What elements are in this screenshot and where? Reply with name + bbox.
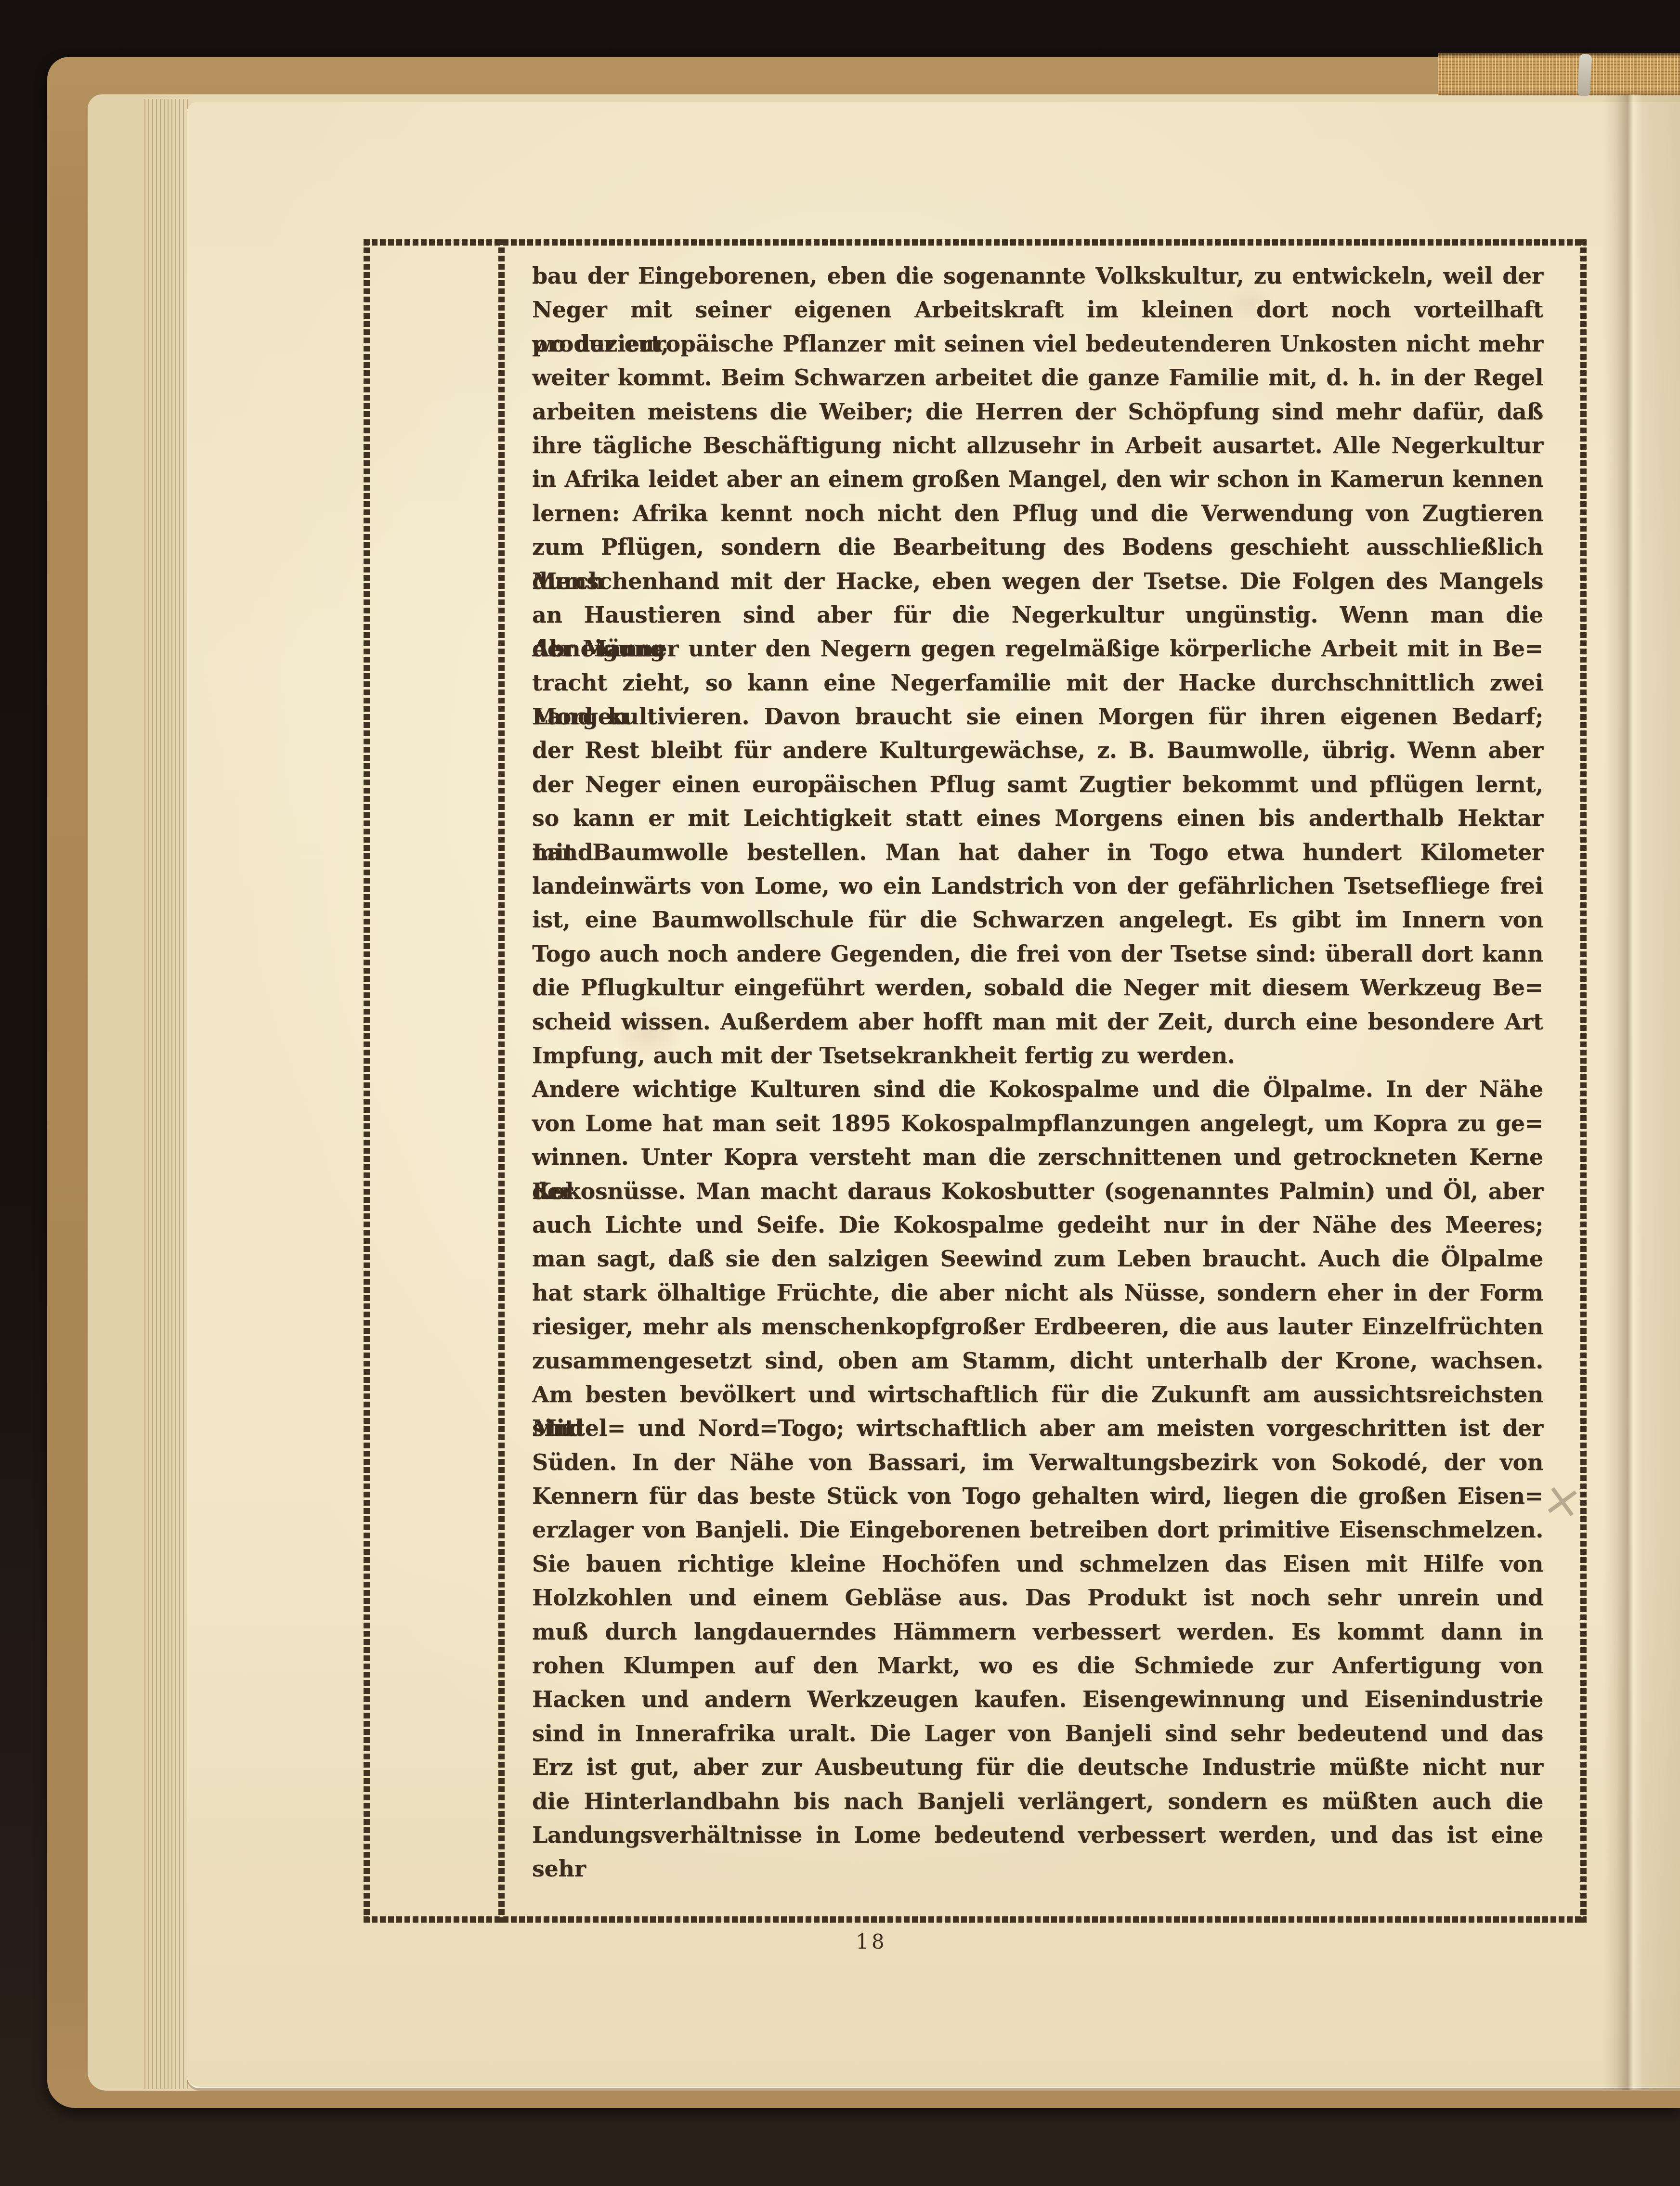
text-line: Mittel= und Nord=Togo; wirtschaftlich ab… bbox=[532, 1411, 1543, 1445]
text-line: sind in Innerafrika uralt. Die Lager von… bbox=[532, 1717, 1543, 1750]
text-line: so kann er mit Leichtigkeit statt eines … bbox=[532, 801, 1543, 835]
text-line: Am besten bevölkert und wirtschaftlich f… bbox=[532, 1378, 1543, 1411]
text-line: arbeiten meistens die Weiber; die Herren… bbox=[532, 395, 1543, 429]
text-line: die Pflugkultur eingeführt werden, sobal… bbox=[532, 971, 1543, 1004]
text-line: Landungsverhältnisse in Lome bedeutend v… bbox=[532, 1818, 1543, 1852]
text-line: riesiger, mehr als menschenkopfgroßer Er… bbox=[532, 1310, 1543, 1343]
binding-cloth-headband bbox=[1438, 53, 1680, 95]
text-line: ihre tägliche Beschäftigung nicht allzus… bbox=[532, 429, 1543, 462]
text-line: erzlager von Banjeli. Die Eingeborenen b… bbox=[532, 1513, 1543, 1547]
text-line: die Hinterlandbahn bis nach Banjeli verl… bbox=[532, 1784, 1543, 1818]
text-line: hat stark ölhaltige Früchte, die aber ni… bbox=[532, 1276, 1543, 1310]
text-line: scheid wissen. Außerdem aber hofft man m… bbox=[532, 1005, 1543, 1039]
text-line: Togo auch noch andere Gegenden, die frei… bbox=[532, 937, 1543, 971]
text-line: man sagt, daß sie den salzigen Seewind z… bbox=[532, 1242, 1543, 1275]
text-line: Süden. In der Nähe von Bassari, im Verwa… bbox=[532, 1445, 1543, 1479]
scan-background: { "page": { "number": "18" }, "text": { … bbox=[0, 0, 1680, 2186]
text-line: ist, eine Baumwollschule für die Schwarz… bbox=[532, 903, 1543, 937]
text-line: der Rest bleibt für andere Kulturgewächs… bbox=[532, 733, 1543, 767]
text-line: Impfung, auch mit der Tsetsekrankheit fe… bbox=[532, 1039, 1543, 1072]
text-block: bau der Eingeborenen, eben die sogenannt… bbox=[532, 259, 1543, 1852]
dotted-frame-left bbox=[364, 239, 370, 1923]
text-line: winnen. Unter Kopra versteht man die zer… bbox=[532, 1140, 1543, 1174]
text-line: Andere wichtige Kulturen sind die Kokosp… bbox=[532, 1072, 1543, 1106]
margin-divider-rule bbox=[498, 239, 505, 1923]
binding-thread bbox=[1577, 53, 1592, 96]
text-line: lernen: Afrika kennt noch nicht den Pflu… bbox=[532, 496, 1543, 530]
text-line: Neger mit seiner eigenen Arbeitskraft im… bbox=[532, 293, 1543, 326]
text-line: rohen Klumpen auf den Markt, wo es die S… bbox=[532, 1649, 1543, 1682]
text-line: zum Pflügen, sondern die Bearbeitung des… bbox=[532, 530, 1543, 564]
fore-edge-striations bbox=[144, 99, 191, 2089]
text-line: Hacken und andern Werkzeugen kaufen. Eis… bbox=[532, 1682, 1543, 1716]
text-line: Erz ist gut, aber zur Ausbeutung für die… bbox=[532, 1750, 1543, 1784]
text-line: tracht zieht, so kann eine Negerfamilie … bbox=[532, 666, 1543, 700]
text-line: in Afrika leidet aber an einem großen Ma… bbox=[532, 462, 1543, 496]
text-line: mit Baumwolle bestellen. Man hat daher i… bbox=[532, 835, 1543, 869]
text-line: Kokosnüsse. Man macht daraus Kokosbutter… bbox=[532, 1174, 1543, 1208]
text-line: muß durch langdauerndes Hämmern verbesse… bbox=[532, 1615, 1543, 1649]
text-line: Land kultivieren. Davon braucht sie eine… bbox=[532, 700, 1543, 733]
text-line: der Männer unter den Negern gegen regelm… bbox=[532, 632, 1543, 665]
dotted-frame-top bbox=[364, 239, 1587, 246]
text-line: auch Lichte und Seife. Die Kokospalme ge… bbox=[532, 1208, 1543, 1242]
text-line: an Haustieren sind aber für die Negerkul… bbox=[532, 598, 1543, 632]
text-line: weiter kommt. Beim Schwarzen arbeitet di… bbox=[532, 361, 1543, 394]
text-line: wo der europäische Pflanzer mit seinen v… bbox=[532, 327, 1543, 361]
pencil-mark: × bbox=[1540, 1474, 1585, 1526]
text-line: zusammengesetzt sind, oben am Stamm, dic… bbox=[532, 1344, 1543, 1378]
text-line: von Lome hat man seit 1895 Kokospalmpfla… bbox=[532, 1106, 1543, 1140]
text-line: Holzkohlen und einem Gebläse aus. Das Pr… bbox=[532, 1581, 1543, 1614]
gutter-shadow bbox=[1603, 94, 1680, 2090]
page-number: 18 bbox=[775, 1932, 968, 1952]
text-line: Kennern für das beste Stück von Togo geh… bbox=[532, 1479, 1543, 1513]
dotted-frame-right bbox=[1580, 239, 1587, 1923]
text-line: bau der Eingeborenen, eben die sogenannt… bbox=[532, 259, 1543, 293]
text-line: der Neger einen europäischen Pflug samt … bbox=[532, 768, 1543, 801]
text-line: Menschenhand mit der Hacke, eben wegen d… bbox=[532, 564, 1543, 598]
dotted-frame-bottom bbox=[364, 1916, 1587, 1923]
text-line: Sie bauen richtige kleine Hochöfen und s… bbox=[532, 1547, 1543, 1581]
text-line: landeinwärts von Lome, wo ein Landstrich… bbox=[532, 869, 1543, 903]
